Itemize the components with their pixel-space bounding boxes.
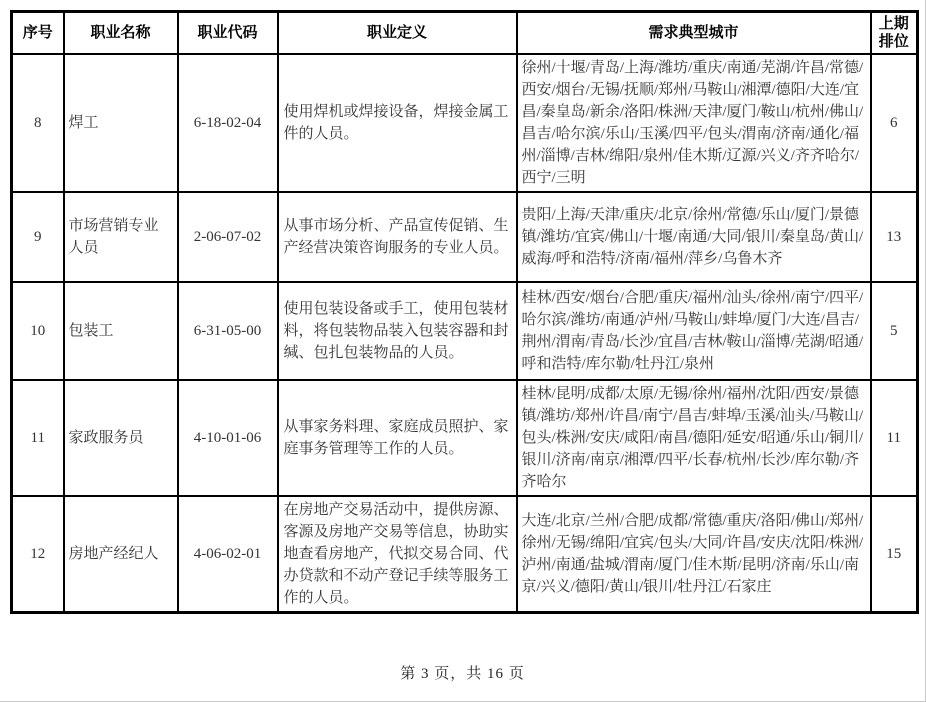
occupation-definition-cell: 从事家务料理、家庭成员照护、家庭事务管理等工作的人员。 (278, 380, 517, 496)
demand-cities-cell: 徐州/十堰/青岛/上海/潍坊/重庆/南通/芜湖/许昌/常德/西安/烟台/无锡/抚… (517, 54, 871, 192)
previous-rank-cell: 13 (871, 192, 918, 282)
occupation-name-cell: 市场营销专业人员 (64, 192, 178, 282)
serial-number-cell: 10 (12, 282, 64, 380)
document-page: 序号 职业名称 职业代码 职业定义 需求典型城市 上期排位 8 焊工 6-18-… (0, 0, 926, 702)
previous-rank-cell: 15 (871, 496, 918, 613)
serial-number-cell: 8 (12, 54, 64, 192)
occupation-name-cell: 房地产经纪人 (64, 496, 178, 613)
demand-cities-cell: 桂林/西安/烟台/合肥/重庆/福州/汕头/徐州/南宁/四平/哈尔滨/潍坊/南通/… (517, 282, 871, 380)
table-row: 12 房地产经纪人 4-06-02-01 在房地产交易活动中，提供房源、客源及房… (12, 496, 918, 613)
occupation-name-cell: 家政服务员 (64, 380, 178, 496)
table-row: 9 市场营销专业人员 2-06-07-02 从事市场分析、产品宣传促销、生产经营… (12, 192, 918, 282)
header-occupation-definition: 职业定义 (278, 12, 517, 55)
table-header-row: 序号 职业名称 职业代码 职业定义 需求典型城市 上期排位 (12, 12, 918, 55)
header-occupation-code: 职业代码 (178, 12, 278, 55)
header-serial-number: 序号 (12, 12, 64, 55)
occupation-code-cell: 4-10-01-06 (178, 380, 278, 496)
serial-number-cell: 11 (12, 380, 64, 496)
occupation-definition-cell: 使用包装设备或手工，使用包装材料，将包装物品装入包装容器和封缄、包扎包装物品的人… (278, 282, 517, 380)
occupation-code-cell: 6-18-02-04 (178, 54, 278, 192)
occupations-table: 序号 职业名称 职业代码 职业定义 需求典型城市 上期排位 8 焊工 6-18-… (10, 10, 919, 614)
table-row: 11 家政服务员 4-10-01-06 从事家务料理、家庭成员照护、家庭事务管理… (12, 380, 918, 496)
previous-rank-cell: 6 (871, 54, 918, 192)
demand-cities-cell: 贵阳/上海/天津/重庆/北京/徐州/常德/乐山/厦门/景德镇/潍坊/宜宾/佛山/… (517, 192, 871, 282)
occupation-definition-cell: 从事市场分析、产品宣传促销、生产经营决策咨询服务的专业人员。 (278, 192, 517, 282)
previous-rank-cell: 5 (871, 282, 918, 380)
table-body: 8 焊工 6-18-02-04 使用焊机或焊接设备，焊接金属工件的人员。 徐州/… (12, 54, 918, 613)
header-demand-cities: 需求典型城市 (517, 12, 871, 55)
occupation-definition-cell: 在房地产交易活动中，提供房源、客源及房地产交易等信息，协助实地查看房地产，代拟交… (278, 496, 517, 613)
header-occupation-name: 职业名称 (64, 12, 178, 55)
previous-rank-cell: 11 (871, 380, 918, 496)
occupation-code-cell: 6-31-05-00 (178, 282, 278, 380)
demand-cities-cell: 大连/北京/兰州/合肥/成都/常德/重庆/洛阳/佛山/郑州/徐州/无锡/绵阳/宜… (517, 496, 871, 613)
serial-number-cell: 12 (12, 496, 64, 613)
demand-cities-cell: 桂林/昆明/成都/太原/无锡/徐州/福州/沈阳/西安/景德镇/潍坊/郑州/许昌/… (517, 380, 871, 496)
occupation-definition-cell: 使用焊机或焊接设备，焊接金属工件的人员。 (278, 54, 517, 192)
table-row: 8 焊工 6-18-02-04 使用焊机或焊接设备，焊接金属工件的人员。 徐州/… (12, 54, 918, 192)
serial-number-cell: 9 (12, 192, 64, 282)
header-previous-rank: 上期排位 (871, 12, 918, 55)
occupation-name-cell: 焊工 (64, 54, 178, 192)
occupation-name-cell: 包装工 (64, 282, 178, 380)
occupation-code-cell: 2-06-07-02 (178, 192, 278, 282)
page-indicator: 第 3 页，共 16 页 (0, 662, 925, 683)
table-row: 10 包装工 6-31-05-00 使用包装设备或手工，使用包装材料，将包装物品… (12, 282, 918, 380)
occupation-code-cell: 4-06-02-01 (178, 496, 278, 613)
